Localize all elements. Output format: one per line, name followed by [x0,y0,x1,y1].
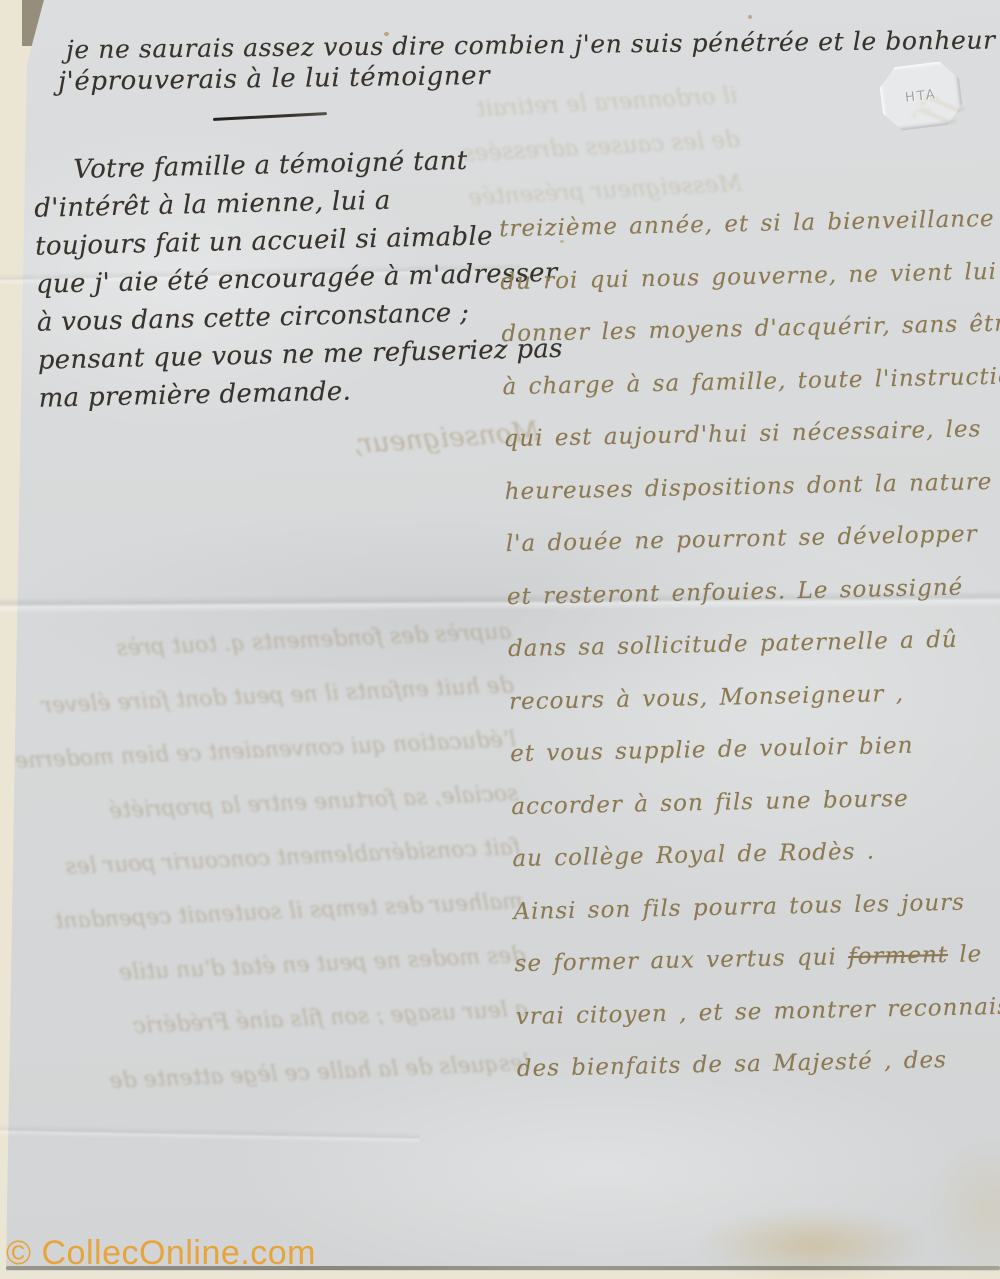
left-paragraph: Votre famille a témoigné tantd'intérêt à… [33,140,544,417]
handwritten-line: se former aux vertus qui forment le [514,928,1000,991]
handwritten-line: treizième année, et si la bienveillance [499,193,992,256]
embossed-stamp-letters: HTA [904,87,937,106]
handwritten-line: dans sa sollicitude paternelle a dû [508,613,1000,676]
handwritten-line: des bienfaits de sa Majesté , des [516,1033,1000,1096]
handwritten-line: l'a douée ne pourront se développer [505,508,998,571]
scanned-letter-page: { "scan": { "paper_color": "#d7d9da", "b… [0,0,1000,1279]
handwritten-line: qui est aujourd'hui si nécessaire, les [503,403,996,466]
right-column-paragraph: treizième année, et si la bienveillanced… [499,193,1000,1096]
collutionline-watermark: © CollecOnline.com [6,1234,316,1273]
ink-speck [748,15,752,19]
handwritten-line: donner les moyens d'acquérir, sans être [501,298,994,361]
handwritten-header-line: j'éprouverais à le lui témoigner [58,61,491,97]
